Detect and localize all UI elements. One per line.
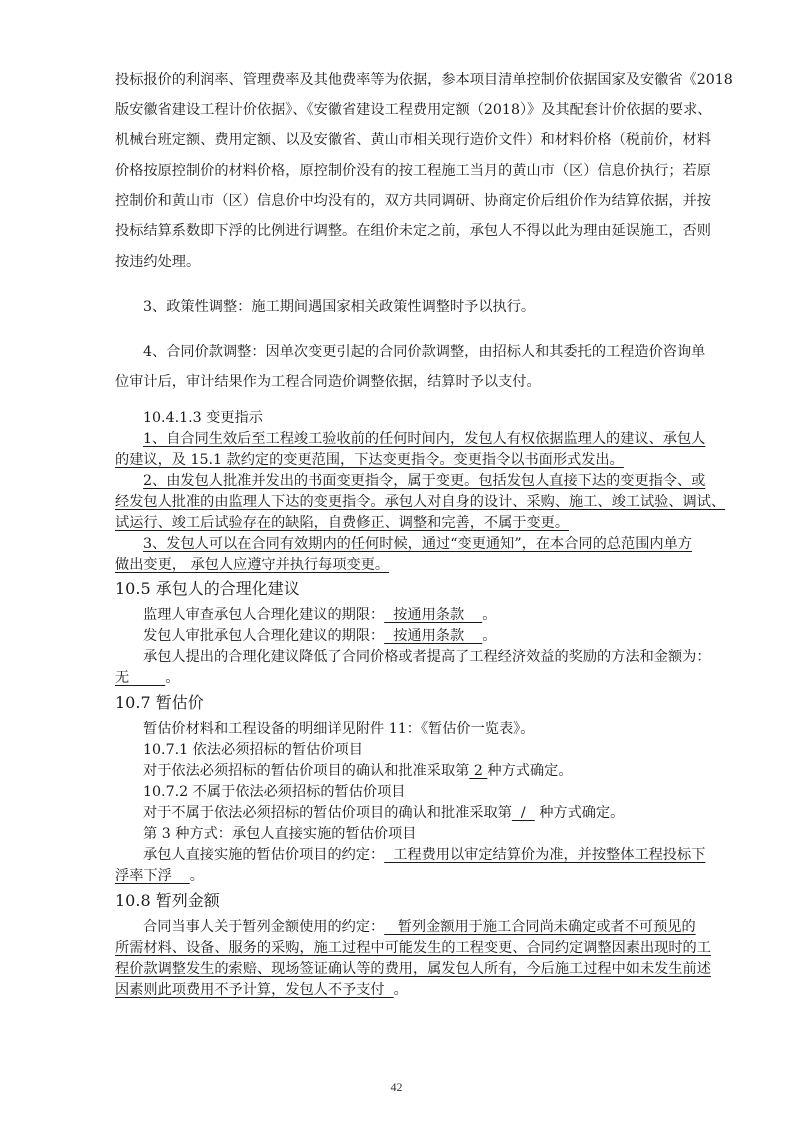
- field-label: 监理人审查承包人合理化建议的期限：: [143, 607, 384, 623]
- text-line: 所需材料、设备、服务的采购，施工过程中可能发生的工程变更、合同约定调整因素出现时…: [115, 939, 692, 957]
- punctuation: 。: [394, 982, 408, 998]
- section-heading: 10.8 暂列金额: [115, 892, 220, 910]
- subsection-heading: 10.7.2 不属于依法必须招标的暂估价项目: [143, 783, 405, 801]
- text-line: 控制价和黄山市（区）信息价中均没有的，双方共同调研、协商定价后组价作为结算依据，…: [115, 192, 692, 210]
- field-value: 因素则此项费用不予计算，发包人不予支付: [115, 982, 394, 998]
- field-label: 承包人直接实施的暂估价项目的约定：: [143, 847, 384, 863]
- method-3-agreement: 承包人直接实施的暂估价项目的约定： 工程费用以审定结算价为准，并按整体工程投标下: [143, 846, 705, 864]
- employer-approval-period: 发包人审批承包人合理化建议的期限： 按通用条款 。: [143, 627, 496, 645]
- subsection-heading: 10.7.1 依法必须招标的暂估价项目: [143, 741, 363, 759]
- text-line: 做出变更， 承包人应遵守并执行每项变更。: [115, 556, 389, 574]
- provisional-sum-detail: 暂估价材料和工程设备的明细详见附件 11：《暂估价一览表》。: [143, 720, 534, 738]
- field-value: 无: [115, 670, 165, 686]
- section-heading: 10.7 暂估价: [115, 694, 204, 712]
- field-value: 浮率下浮: [115, 868, 190, 884]
- text-line: 程价款调整发生的索赔、现场签证确认等的费用，属发包人所有，今后施工过程中如未发生…: [115, 960, 692, 978]
- field-label: 发包人审批承包人合理化建议的期限：: [143, 628, 384, 644]
- text-line: 按违约处理。: [115, 253, 200, 271]
- text-line: 位审计后，审计结果作为工程合同造价调整依据，结算时予以支付。: [115, 373, 541, 391]
- field-value: 按通用条款: [384, 628, 482, 644]
- field-label: 合同当事人关于暂列金额使用的约定：: [143, 919, 384, 935]
- text-line: 投标结算系数即下浮的比例进行调整。在组价未定之前，承包人不得以此为理由延误施工，…: [115, 222, 692, 240]
- text-line: 经发包人批准的由监理人下达的变更指令。承包人对自身的设计、采购、施工、竣工试验、…: [115, 493, 692, 511]
- text-line: 投标报价的利润率、管理费率及其他费率等为依据，参本项目清单控制价依据国家及安徽省…: [115, 71, 692, 89]
- text-line: 的建议，及 15.1 款约定的变更范围，下达变更指令。变更指令以书面形式发出。: [115, 451, 624, 469]
- text-line: 3、发包人可以在合同有效期内的任何时候，通过“变更通知”，在本合同的总范围内单方: [143, 535, 692, 553]
- field-value: 暂列金额用于施工合同尚未确定或者不可预见的: [384, 919, 695, 935]
- punctuation: 。: [190, 868, 204, 884]
- policy-adjustment-item: 3、政策性调整：施工期间遇国家相关政策性调整时予以执行。: [143, 298, 535, 316]
- punctuation: 。: [482, 607, 496, 623]
- field-value: 工程费用以审定结算价为准，并按整体工程投标下: [384, 847, 705, 863]
- method-3-agreement-cont: 浮率下浮 。: [115, 867, 204, 885]
- field-value: /: [512, 805, 535, 821]
- section-heading: 10.5 承包人的合理化建议: [115, 580, 300, 598]
- field-label: 对于不属于依法必须招标的暂估价项目的确认和批准采取第: [143, 805, 512, 821]
- section-heading: 10.4.1.3 变更指示: [143, 409, 263, 427]
- text-line: 4、合同价款调整：因单次变更引起的合同价款调整，由招标人和其委托的工程造价咨询单: [143, 343, 692, 361]
- text-line: 1、自合同生效后至工程竣工验收前的任何时间内，发包人有权依据监理人的建议、承包人: [143, 430, 692, 448]
- text-line: 因素则此项费用不予计算，发包人不予支付 。: [115, 981, 408, 999]
- text-line: 版安徽省建设工程计价依据》、《安徽省建设工程费用定额（2018）》及其配套计价依…: [115, 101, 692, 119]
- text-line: 试运行、竣工后试验存在的缺陷，自费修正、调整和完善，不属于变更。: [115, 514, 569, 532]
- page-number: 42: [0, 1080, 793, 1095]
- field-label: 种方式确定。: [487, 763, 572, 779]
- field-label: 对于依法必须招标的暂估价项目的确认和批准采取第: [143, 763, 469, 779]
- reward-amount: 无 。: [115, 669, 179, 687]
- text-line: 价格按原控制价的材料价格，原控制价没有的按工程施工当月的黄山市（区）信息价执行；…: [115, 162, 692, 180]
- text-line: 机械台班定额、费用定额、以及安徽省、黄山市相关现行造价文件）和材料价格（税前价，…: [115, 131, 692, 149]
- non-mandatory-tender-method: 对于不属于依法必须招标的暂估价项目的确认和批准采取第 / 种方式确定。: [143, 804, 624, 822]
- field-value: 按通用条款: [384, 607, 482, 623]
- punctuation: 。: [165, 670, 179, 686]
- provisional-amount-agreement: 合同当事人关于暂列金额使用的约定： 暂列金额用于施工合同尚未确定或者不可预见的: [143, 918, 696, 936]
- supervisor-review-period: 监理人审查承包人合理化建议的期限： 按通用条款 。: [143, 606, 496, 624]
- field-label: 种方式确定。: [535, 805, 625, 821]
- mandatory-tender-method: 对于依法必须招标的暂估价项目的确认和批准采取第 2 种方式确定。: [143, 762, 573, 780]
- method-3-heading: 第 3 种方式：承包人直接实施的暂估价项目: [143, 825, 416, 843]
- punctuation: 。: [482, 628, 496, 644]
- text-line: 2、由发包人批准并发出的书面变更指令，属于变更。包括发包人直接下达的变更指令、或: [143, 472, 692, 490]
- field-value: 2: [469, 763, 487, 779]
- reward-label: 承包人提出的合理化建议降低了合同价格或者提高了工程经济效益的奖励的方法和金额为：: [143, 648, 711, 666]
